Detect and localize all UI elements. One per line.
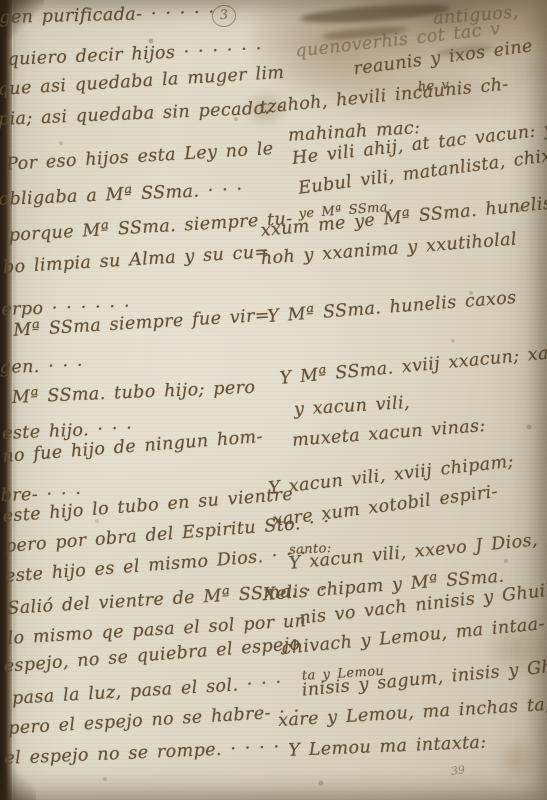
manuscript-line-left-3: que asi quedaba la muger lim: [0, 65, 285, 99]
manuscript-line-left-1: gen purificada- · · · · ·: [0, 5, 215, 28]
manuscript-line-left-5: Por eso hijos esta Ley no le: [6, 141, 274, 174]
manuscript-line-left-6: obligaba a Mª SSma. · · ·: [0, 182, 243, 210]
handwriting-layer: gen purificada- · · · · ·quiero decir hi…: [0, 0, 547, 800]
manuscript-line-left-22: pasa la luz, pasa el sol. · · ·: [12, 675, 283, 708]
manuscript-line-left-24: el espejo no se rompe. · · · ·: [4, 739, 280, 768]
manuscript-line-right-26: Y Lemou ma intaxta:: [288, 735, 487, 761]
manuscript-line-left-4: pia; asi quedaba sin pecado. ·: [0, 100, 285, 129]
manuscript-line-right-24: inisis y sagum, inisis y Ghuih,: [301, 656, 547, 700]
manuscript-page: 3 39 gen purificada- · · · · ·quiero dec…: [0, 0, 547, 800]
manuscript-line-left-23: pero el espejo no se habre- · ·: [8, 704, 300, 739]
manuscript-line-right-25: xare y Lemou, ma inchas ta,: [278, 697, 547, 731]
manuscript-line-right-15: muxeta xacun vinas:: [292, 418, 487, 450]
manuscript-line-left-11: gen. · · ·: [0, 358, 83, 378]
manuscript-line-left-8: bo limpia su Alma y su cu=: [3, 244, 271, 277]
manuscript-line-right-14: y xacun vili,: [294, 395, 411, 419]
manuscript-line-left-7: porque Mª SSma. siempre tu-: [8, 211, 293, 245]
manuscript-line-right-5: tzahoh, hevili incaunis ch-: [259, 77, 509, 118]
manuscript-line-right-13: Y Mª SSma. xviij xxacun; xar=: [279, 343, 547, 388]
manuscript-line-left-12: Mª SSma. tubo hijo; pero: [12, 380, 256, 408]
manuscript-line-right-12: Y Mª SSma. hunelis caxos: [267, 290, 517, 327]
manuscript-line-left-2: quiero decir hijos · · · · · ·: [7, 41, 262, 69]
